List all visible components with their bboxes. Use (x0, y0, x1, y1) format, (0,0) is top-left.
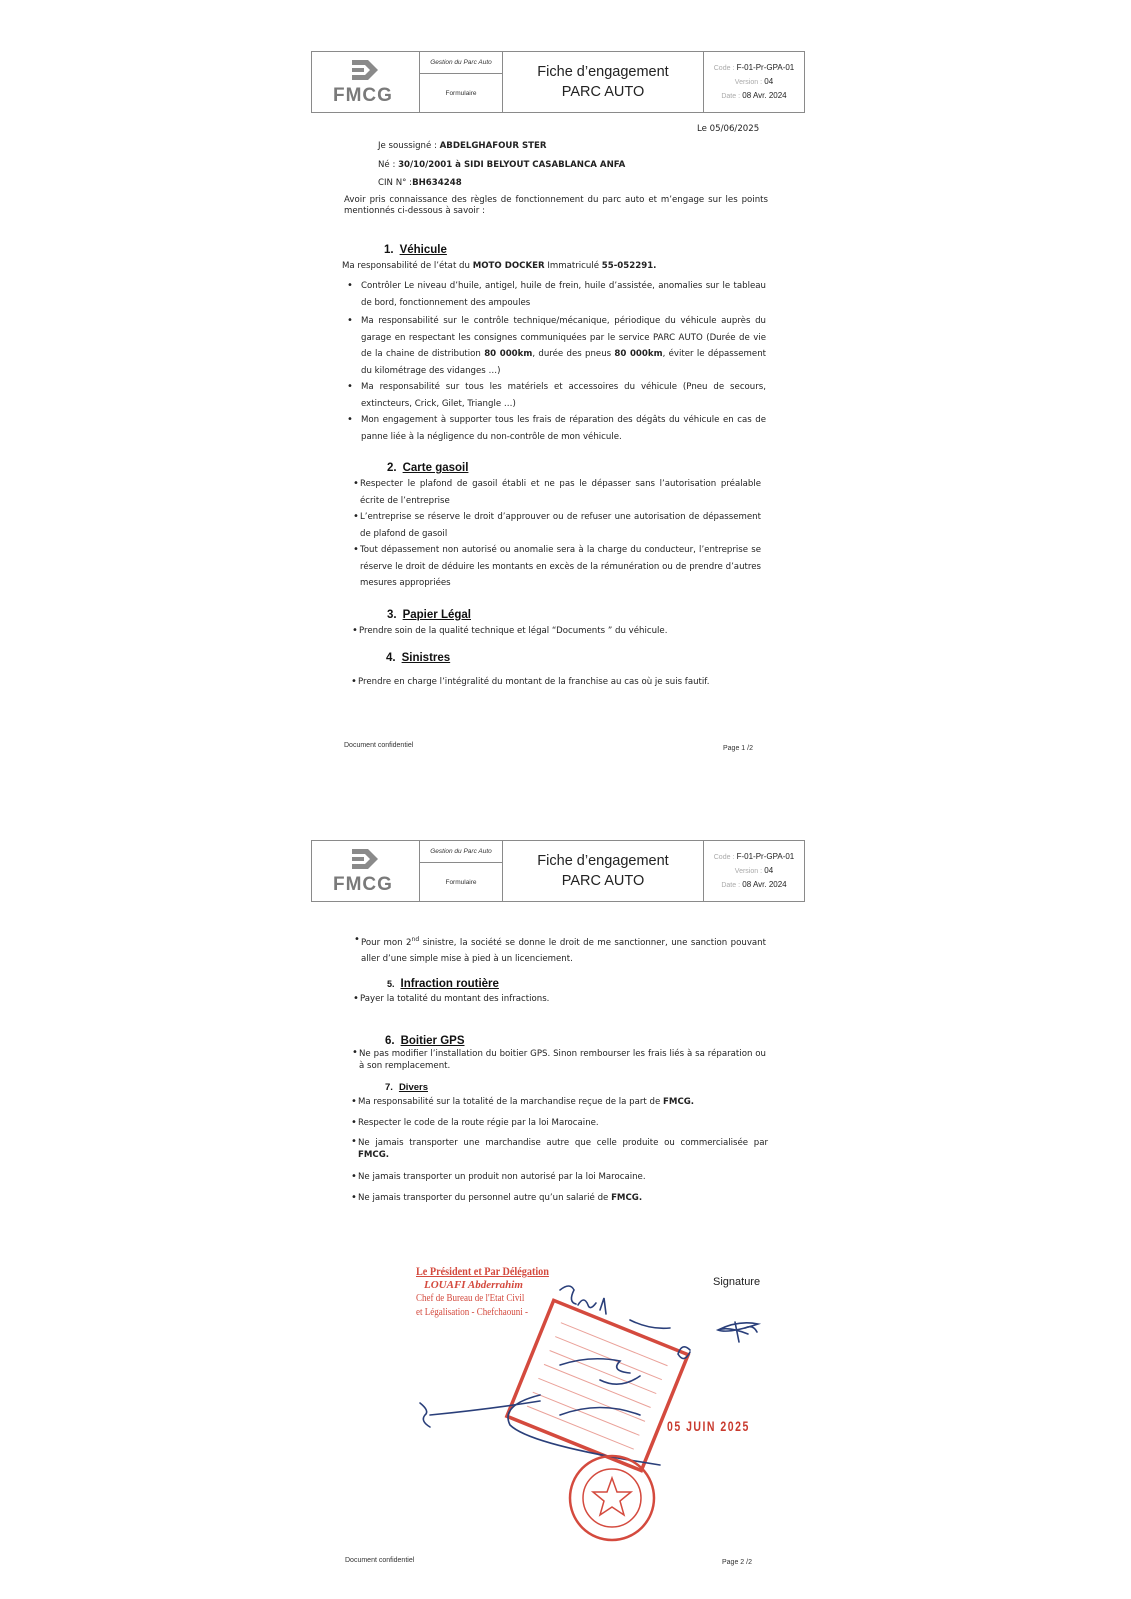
page-number: Page 2 /2 (722, 1559, 752, 1566)
date-stamp: 05 JUIN 2025 (667, 1418, 750, 1434)
round-seal-icon (570, 1456, 654, 1540)
footer-confidential: Document confidentiel (345, 1557, 414, 1564)
stamps-and-signatures (0, 0, 1131, 1599)
rectangular-stamp-icon (507, 1300, 688, 1470)
